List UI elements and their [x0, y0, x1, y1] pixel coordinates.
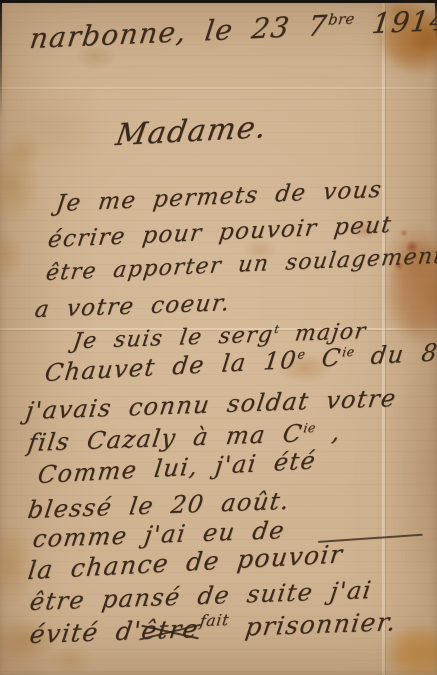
closing-text-2: prisonnier.: [226, 607, 399, 642]
dateline-superscript: bre: [327, 10, 356, 28]
scan-edge-left: [0, 0, 2, 118]
dateline: narbonne, le 23 7bre 1914: [28, 4, 437, 56]
scribbled-word: être: [140, 614, 201, 645]
body-line-4: a votre coeur.: [33, 290, 232, 323]
son-name-text-2: ,: [313, 418, 343, 447]
body-line-1: Je me permets de vous: [54, 177, 384, 217]
salutation: Madame.: [113, 110, 270, 153]
dateline-year: 1914: [352, 4, 437, 41]
stain-bottom-right: [392, 630, 437, 675]
scan-edge-top: [0, 0, 437, 3]
letter-page: narbonne, le 23 7bre 1914 Madame. Je me …: [0, 0, 437, 675]
scribbled-word-text: être: [140, 614, 201, 645]
unit-text-3: du 80: [352, 337, 437, 371]
body-line-2: écrire pour pouvoir peut: [46, 212, 393, 253]
inserted-word: fait: [199, 611, 231, 630]
unit-text-2: C: [303, 343, 343, 373]
dateline-place: narbonne, le 23 7: [28, 9, 330, 55]
closing-text: évité d': [28, 616, 144, 649]
